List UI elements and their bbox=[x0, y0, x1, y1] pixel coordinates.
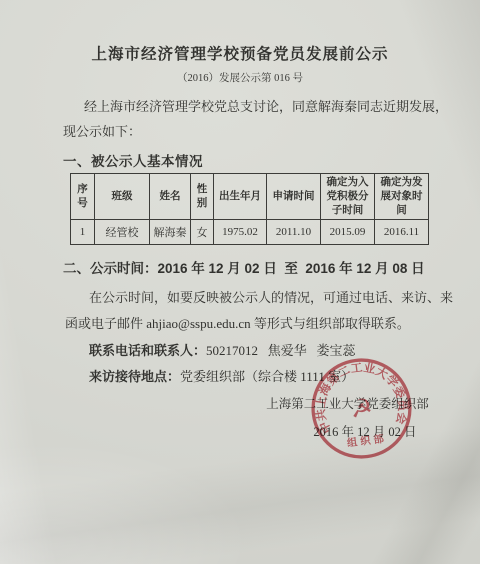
applicant-table: 序号 班级 姓名 性别 出生年月 申请时间 确定为入党积极分子时间 确定为发展对… bbox=[70, 173, 429, 245]
cell-activist-time: 2015.09 bbox=[321, 219, 375, 244]
col-header-birth: 出生年月 bbox=[214, 174, 267, 220]
signature-org: 上海第二工业大学党委组织部 bbox=[260, 394, 435, 412]
visit-line: 来访接待地点：党委组织部（综合楼 1111 室） bbox=[89, 366, 354, 385]
scanned-notice-page: 上海市经济管理学校预备党员发展前公示 （2016）发展公示第 016 号 经上海… bbox=[0, 0, 480, 564]
col-header-activist-time: 确定为入党积极分子时间 bbox=[321, 174, 375, 220]
contact-value: 50217012 焦爱华 娄宝蕊 bbox=[206, 343, 356, 358]
page-title: 上海市经济管理学校预备党员发展前公示 bbox=[0, 42, 480, 64]
contact-label: 联系电话和联系人： bbox=[89, 343, 206, 358]
cell-apply-time: 2011.10 bbox=[267, 219, 321, 244]
doc-number: （2016）发展公示第 016 号 bbox=[0, 70, 480, 85]
visit-label: 来访接待地点： bbox=[89, 369, 180, 384]
col-header-apply-time: 申请时间 bbox=[267, 174, 321, 220]
cell-birth: 1975.02 bbox=[214, 219, 267, 244]
col-header-name: 姓名 bbox=[150, 174, 191, 220]
signature-date: 2016 年 12 月 02 日 bbox=[305, 422, 425, 440]
section2-heading: 二、公示时间：2016 年 12 月 02 日 至 2016 年 12 月 08… bbox=[63, 257, 425, 277]
contact-line: 联系电话和联系人：50217012 焦爱华 娄宝蕊 bbox=[89, 340, 356, 359]
col-header-seq: 序号 bbox=[71, 174, 95, 220]
intro-line-1: 经上海市经济管理学校党总支讨论，同意解海秦同志近期发展， bbox=[84, 96, 448, 115]
cell-name: 解海秦 bbox=[150, 219, 191, 244]
col-header-gender: 性别 bbox=[191, 174, 214, 220]
table-row: 1 经管校 解海秦 女 1975.02 2011.10 2015.09 2016… bbox=[71, 219, 429, 244]
col-header-class: 班级 bbox=[95, 174, 150, 220]
table-header-row: 序号 班级 姓名 性别 出生年月 申请时间 确定为入党积极分子时间 确定为发展对… bbox=[71, 174, 429, 220]
body-line-2: 函或电子邮件 ahjiao@sspu.edu.cn 等形式与组织部取得联系。 bbox=[65, 313, 410, 332]
intro-line-2: 现公示如下： bbox=[63, 121, 141, 140]
cell-development-time: 2016.11 bbox=[375, 219, 429, 244]
visit-value: 党委组织部（综合楼 1111 室） bbox=[180, 369, 354, 384]
section1-heading: 一、被公示人基本情况 bbox=[63, 150, 203, 170]
cell-class: 经管校 bbox=[95, 219, 150, 244]
cell-seq: 1 bbox=[71, 219, 95, 244]
col-header-development-time: 确定为发展对象时间 bbox=[375, 174, 429, 220]
cell-gender: 女 bbox=[191, 219, 214, 244]
body-line-1: 在公示时间，如要反映被公示人的情况，可通过电话、来访、来 bbox=[89, 287, 453, 306]
